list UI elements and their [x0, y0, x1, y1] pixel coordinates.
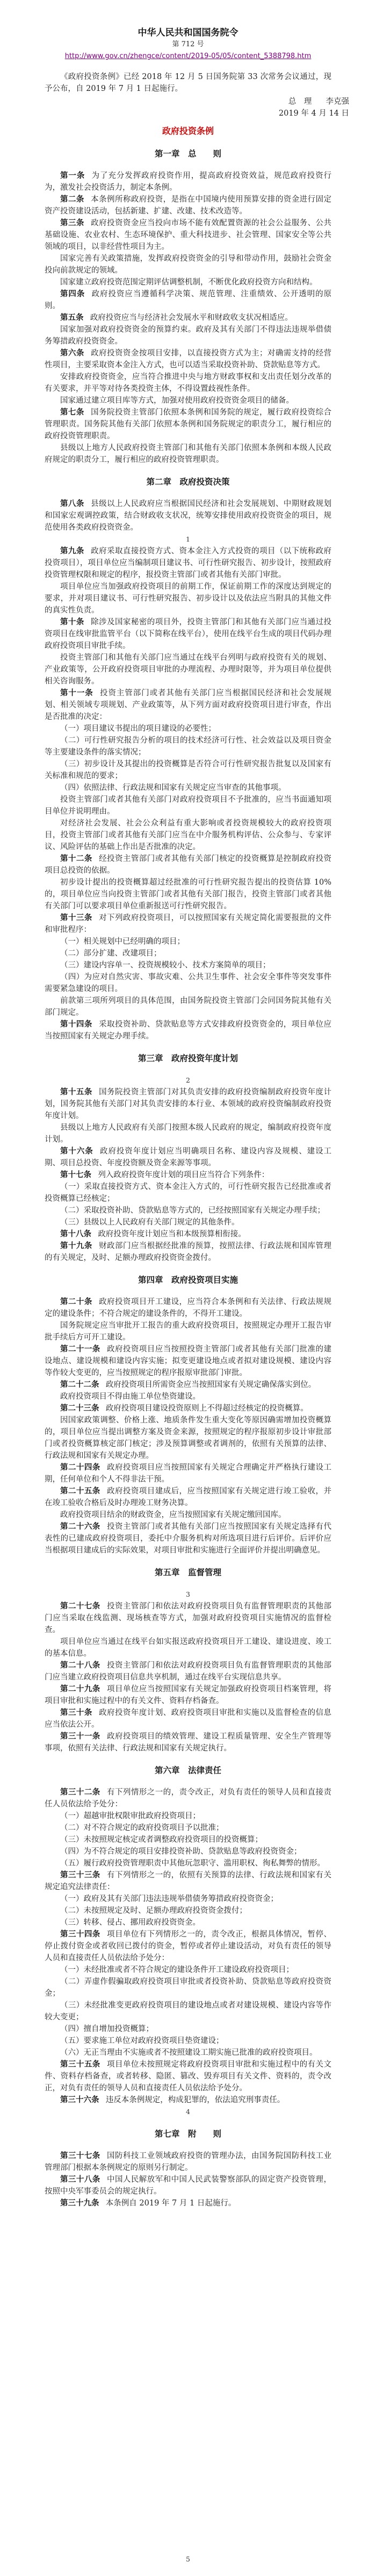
article-paragraph: 第十六条政府投资年度计划应当明确项目名称、建设内容及规模、建设工期、项目总投资、… — [45, 1145, 331, 1169]
article-number: 第三十三条 — [60, 1871, 100, 1880]
body-paragraph: （三）县级以上人民政府有关部门规定的其他条件。 — [45, 1216, 331, 1228]
article-number: 第二十一条 — [60, 1345, 100, 1354]
article-number: 第二十六条 — [60, 1522, 100, 1531]
body-paragraph: 因国家政策调整、价格上涨、地质条件发生重大变化等原因确需增加投资概算的，项目单位… — [45, 1414, 331, 1462]
article-paragraph: 第三十一条政府投资项目的绩效管理、建设工程质量管理、安全生产管理等事项，依照有关… — [45, 1731, 331, 1754]
body-paragraph: （一）项目建议书提出的项目建设的必要性； — [45, 723, 331, 735]
source-link[interactable]: http://www.gov.cn/zhengce/content/2019-0… — [65, 52, 312, 60]
chapter-heading: 第六章 法律责任 — [45, 1764, 331, 1776]
article-number: 第三十一条 — [60, 1732, 100, 1741]
article-paragraph: 第二十四条政府投资项目应当按照国家有关规定合理确定并严格执行建设工期，任何单位和… — [45, 1462, 331, 1485]
article-number: 第三十四条 — [60, 1930, 100, 1939]
article-number: 第二十四条 — [60, 1463, 100, 1472]
article-number: 第十五条 — [60, 1088, 92, 1097]
order-number: 第 712 号 — [45, 40, 331, 49]
article-number: 第三十七条 — [60, 2152, 100, 2160]
article-paragraph: 第二十九条项目单位应当按照国家有关规定加强政府投资项目档案管理，将项目审批和实施… — [45, 1683, 331, 1707]
body-paragraph: 县级以上地方人民政府投资主管部门和其他有关部门依照本条例和本级人民政府规定的职责… — [45, 442, 331, 466]
article-number: 第七条 — [60, 408, 84, 417]
article-paragraph: 第三十三条有下列情形之一的，依照有关预算的法律、行政法规和国家有关规定追究法律责… — [45, 1869, 331, 1893]
article-paragraph: 第六条政府投资资金按项目安排，以直接投资方式为主；对确需支持的经营性项目，主要采… — [45, 347, 331, 371]
body-paragraph: （三）未经批准变更政府投资项目的建设地点或者对建设规模、建设内容等作较大变更； — [45, 1999, 331, 2023]
regulation-body: 第一章 总 则第一条为了充分发挥政府投资作用，提高政府投资效益，规范政府投资行为… — [45, 148, 331, 2565]
article-paragraph: 第十四条采取投资补助、贷款贴息等方式安排政府投资资金的，项目单位应当按照国家有关… — [45, 1019, 331, 1042]
article-number: 第八条 — [60, 500, 84, 508]
body-paragraph: （二）可行性研究报告分析的项目的技术经济可行性、社会效益以及项目资金等主要建设条… — [45, 735, 331, 758]
chapter-heading: 第七章 附 则 — [45, 2128, 331, 2140]
body-paragraph: 国家完善有关政策措施，发挥政府投资资金的引导和带动作用，鼓励社会资金投向前款规定… — [45, 253, 331, 276]
article-number: 第十七条 — [60, 1171, 91, 1179]
article-paragraph: 第十条除涉及国家秘密的项目外，投资主管部门和其他有关部门应当通过投资项目在线审批… — [45, 616, 331, 652]
article-number: 第二十九条 — [60, 1685, 100, 1693]
signature-block: 总 理李克强 2019 年 4 月 14 日 — [45, 96, 349, 119]
page-number: 5 — [45, 2553, 331, 2565]
article-paragraph: 第二十五条政府投资项目建成后，应当按照国家有关规定进行竣工验收，并在竣工验收合格… — [45, 1485, 331, 1509]
body-paragraph: 项目单位应当加强政府投资项目的前期工作，保证前期工作的深度达到规定的要求，并对项… — [45, 581, 331, 616]
body-paragraph: （三）建设内容单一、投资规模较小、技术方案简单的项目； — [45, 959, 331, 971]
article-paragraph: 第四条政府投资应当遵循科学决策、规范管理、注重绩效、公开透明的原则。 — [45, 288, 331, 312]
document-page: 中华人民共和国国务院令 第 712 号 http://www.gov.cn/zh… — [0, 0, 376, 2576]
article-number: 第三十九条 — [60, 2199, 99, 2208]
body-paragraph: （六）无正当理由不实施或者不按照建设工期实施已批准的政府投资项目。 — [45, 2047, 331, 2059]
signer-title: 总 理 — [288, 97, 312, 106]
body-paragraph: （二）对不符合规定的政府投资项目予以批准； — [45, 1822, 331, 1834]
body-paragraph: （五）履行政府投资管理职责中其他玩忽职守、滥用职权、徇私舞弊的情形。 — [45, 1858, 331, 1869]
body-paragraph: （四）擅自增加投资概算； — [45, 2023, 331, 2035]
body-paragraph: （一）采取直接投资方式、资本金注入方式的，可行性研究报告已经批准或者投资概算已经… — [45, 1181, 331, 1205]
article-paragraph: 第三十二条有下列情形之一的，责令改正，对负有责任的领导人员和直接责任人员依法给予… — [45, 1787, 331, 1810]
body-paragraph: （三）转移、侵占、挪用政府投资资金。 — [45, 1917, 331, 1929]
body-paragraph: （一）未经批准或者不符合规定的建设条件开工建设政府投资项目； — [45, 1964, 331, 1976]
article-number: 第一条 — [60, 172, 85, 180]
article-paragraph: 第九条政府采取直接投资方式、资本金注入方式投资的项目（以下统称政府投资项目），项… — [45, 545, 331, 581]
chapter-heading: 第一章 总 则 — [45, 148, 331, 160]
source-link-row: http://www.gov.cn/zhengce/content/2019-0… — [45, 52, 331, 61]
page-number: 1 — [45, 533, 331, 545]
article-paragraph: 第十一条投资主管部门或者其他有关部门应当根据国民经济和社会发展规划、相关领域专项… — [45, 687, 331, 723]
article-number: 第二十八条 — [60, 1661, 100, 1670]
body-paragraph: 初步设计提出的投资概算超过经批准的可行性研究报告提出的投资估算 10%的，项目单… — [45, 877, 331, 912]
article-paragraph: 第三十条政府投资年度计划、政府投资项目审批和实施以及监督检查的信息应当依法公开。 — [45, 1707, 331, 1731]
body-paragraph: （二）采取投资补助、贷款贴息等方式的，已经按照国家有关规定办理手续； — [45, 1205, 331, 1216]
article-paragraph: 第二条本条例所称政府投资，是指在中国境内使用预算安排的资金进行固定资产投资建设活… — [45, 194, 331, 217]
body-paragraph: （三）未按照规定核定或者调整政府投资项目的投资概算； — [45, 1834, 331, 1846]
article-paragraph: 第二十七条投资主管部门和依法对政府投资项目负有监督管理职责的其他部门应当采取在线… — [45, 1600, 331, 1636]
article-paragraph: 第三十八条中国人民解放军和中国人民武装警察部队的固定资产投资管理，按照中央军事委… — [45, 2174, 331, 2197]
article-number: 第二十五条 — [60, 1487, 100, 1496]
article-number: 第三十六条 — [60, 2096, 99, 2104]
body-paragraph: 对经济社会发展、社会公众利益有重大影响或者投资规模较大的政府投资项目，投资主管部… — [45, 817, 331, 853]
body-paragraph: （五）要求施工单位对政府投资项目垫资建设； — [45, 2035, 331, 2047]
body-paragraph: 政府投资项目结余的财政资金，应当按照国家有关规定缴回国库。 — [45, 1509, 331, 1521]
article-number: 第十六条 — [60, 1147, 93, 1156]
article-number: 第六条 — [60, 349, 84, 358]
signer-name: 李克强 — [326, 97, 350, 106]
body-paragraph: （四）为应对自然灾害、事故灾难、公共卫生事件、社会安全事件等突发事件需要紧急建设… — [45, 971, 331, 995]
article-number: 第九条 — [60, 547, 84, 556]
body-paragraph: 政府投资项目不得由施工单位垫资建设。 — [45, 1391, 331, 1403]
article-number: 第十一条 — [60, 689, 93, 698]
article-number: 第二十三条 — [60, 1404, 99, 1413]
body-paragraph: （四）为不符合规定的项目安排投资补助、贷款贴息等政府投资资金； — [45, 1846, 331, 1858]
article-number: 第三十条 — [60, 1709, 92, 1717]
article-number: 第二十七条 — [60, 1602, 100, 1611]
article-paragraph: 第二十八条投资主管部门和依法对政府投资项目负有监督管理职责的其他部门应当建立政府… — [45, 1660, 331, 1683]
chapter-heading: 第五章 监督管理 — [45, 1567, 331, 1578]
body-paragraph: （三）初步设计及其提出的投资概算是否符合可行性研究报告批复以及国家有关标准和规范… — [45, 758, 331, 782]
body-paragraph: 投资主管部门或者其他有关部门对政府投资项目不予批准的，应当书面通知项目单位并说明… — [45, 794, 331, 817]
article-number: 第二十条 — [60, 1298, 92, 1306]
page-number: 2 — [45, 1074, 331, 1086]
article-number: 第十四条 — [60, 1020, 92, 1029]
chapter-heading: 第二章 政府投资决策 — [45, 476, 331, 488]
article-number: 第十三条 — [60, 914, 92, 922]
body-paragraph: 国务院规定应当审批开工报告的重大政府投资项目，按照规定办理开工报告审批手续后方可… — [45, 1320, 331, 1343]
page-number: 4 — [45, 2106, 331, 2118]
chapter-heading: 第三章 政府投资年度计划 — [45, 1052, 331, 1064]
article-paragraph: 第十五条国务院投资主管部门对其负责安排的政府投资编制政府投资年度计划，国务院其他… — [45, 1086, 331, 1122]
article-paragraph: 第一条为了充分发挥政府投资作用，提高政府投资效益，规范政府投资行为，激发社会投资… — [45, 170, 331, 194]
body-paragraph: （一）相关规划中已经明确的项目； — [45, 936, 331, 948]
article-paragraph: 第二十条政府投资项目开工建设，应当符合本条例和有关法律、行政法规规定的建设条件；… — [45, 1296, 331, 1320]
article-number: 第三条 — [60, 219, 84, 227]
body-paragraph: 国家加强对政府投资资金的预算约束。政府及其有关部门不得违法违规举借债务筹措政府投… — [45, 324, 331, 347]
article-paragraph: 第十九条财政部门应当根据经批准的预算，按照法律、行政法规和国库管理的有关规定，及… — [45, 1240, 331, 1264]
article-number: 第二条 — [60, 195, 84, 204]
body-paragraph: 国家通过建立项目库等方式，加强对使用政府投资资金项目的储备。 — [45, 395, 331, 407]
article-number: 第十九条 — [60, 1242, 92, 1250]
body-paragraph: （一）政府及其有关部门违法违规举借债务筹措政府投资资金； — [45, 1893, 331, 1905]
article-paragraph: 第十八条政府投资年度计划应当和本级预算相衔接。 — [45, 1228, 331, 1240]
signer-line: 总 理李克强 — [45, 96, 349, 108]
article-paragraph: 第十二条经投资主管部门或者其他有关部门核定的投资概算是控制政府投资项目总投资的依… — [45, 853, 331, 877]
article-number: 第十八条 — [60, 1230, 91, 1239]
page-number: 3 — [45, 1589, 331, 1600]
regulation-title: 政府投资条例 — [45, 125, 331, 138]
body-paragraph: （二）未按照规定及时、足额办理政府投资资金拨付； — [45, 1905, 331, 1917]
article-number: 第三十五条 — [60, 2060, 100, 2069]
article-paragraph: 第五条政府投资应当与经济社会发展水平和财政收支状况相适应。 — [45, 312, 331, 324]
article-paragraph: 第十三条对下列政府投资项目，可以按照国家有关规定简化需要报批的文件和审批程序： — [45, 912, 331, 936]
body-paragraph: （二）部分扩建、改建项目； — [45, 948, 331, 959]
chapter-heading: 第四章 政府投资项目实施 — [45, 1274, 331, 1286]
article-paragraph: 第三十五条项目单位未按照规定将政府投资项目审批和实施过程中的有关文件、资料存档备… — [45, 2059, 331, 2094]
body-paragraph: 国家建立政府投资范围定期评估调整机制，不断优化政府投资方向和结构。 — [45, 276, 331, 288]
body-paragraph: 投资主管部门和其他有关部门应当通过在线平台列明与政府投资有关的规划、产业政策等，… — [45, 652, 331, 687]
article-number: 第三十八条 — [60, 2175, 100, 2184]
body-paragraph: 县级以上地方人民政府有关部门按照本级人民政府的规定，编制政府投资年度计划。 — [45, 1122, 331, 1145]
article-number: 第五条 — [60, 314, 84, 322]
article-paragraph: 第二十六条投资主管部门或者其他有关部门应当按照国家有关规定选择有代表性的已建成政… — [45, 1521, 331, 1556]
article-paragraph: 第二十二条政府投资项目所需资金应当按照国家有关规定确保落实到位。 — [45, 1379, 331, 1391]
article-paragraph: 第三十四条项目单位有下列情形之一的，责令改正，根据具体情况，暂停、停止拨付资金或… — [45, 1929, 331, 1964]
article-number: 第二十二条 — [60, 1380, 99, 1389]
article-number: 第十二条 — [60, 855, 92, 863]
article-number: 第四条 — [60, 290, 85, 298]
article-number: 第十条 — [60, 618, 84, 627]
body-paragraph: 项目单位应当通过在线平台如实报送政府投资项目开工建设、建设进度、竣工的基本信息。 — [45, 1636, 331, 1660]
article-paragraph: 第三条政府投资资金应当投向市场不能有效配置资源的社会公益服务、公共基础设施、农业… — [45, 217, 331, 253]
article-paragraph: 第三十七条国防科技工业领域政府投资的管理办法，由国务院国防科技工业管理部门根据本… — [45, 2150, 331, 2174]
body-paragraph: （一）超越审批权限审批政府投资项目； — [45, 1810, 331, 1822]
order-title: 中华人民共和国国务院令 — [45, 27, 331, 39]
body-paragraph: （四）依照法律、行政法规和国家有关规定应当审查的其他事项。 — [45, 782, 331, 794]
article-paragraph: 第三十九条本条例自 2019 年 7 月 1 日起施行。 — [45, 2197, 331, 2209]
sign-date: 2019 年 4 月 14 日 — [45, 108, 349, 119]
announcement-paragraph: 《政府投资条例》已经 2018 年 12 月 5 日国务院第 33 次常务会议通… — [45, 71, 331, 95]
article-paragraph: 第二十一条政府投资项目应当按照投资主管部门或者其他有关部门批准的建设地点、建设规… — [45, 1343, 331, 1379]
body-paragraph: （二）弄虚作假骗取政府投资项目审批或者投资补助、贷款贴息等政府投资资金； — [45, 1976, 331, 1999]
article-paragraph: 第八条县级以上人民政府应当根据国民经济和社会发展规划、中期财政规划和国家宏观调控… — [45, 498, 331, 533]
article-paragraph: 第二十三条政府投资项目建设投资原则上不得超过经核定的投资概算。 — [45, 1403, 331, 1414]
article-paragraph: 第七条国务院投资主管部门依照本条例和国务院的规定，履行政府投资综合管理职责。国务… — [45, 407, 331, 442]
body-paragraph: 安排政府投资资金，应当符合推进中央与地方财政事权和支出责任划分改革的有关要求，并… — [45, 371, 331, 395]
body-paragraph: 前款第三项所列项目的具体范围，由国务院投资主管部门会同国务院其他有关部门规定。 — [45, 995, 331, 1019]
article-paragraph: 第三十六条违反本条例规定，构成犯罪的，依法追究刑事责任。 — [45, 2094, 331, 2106]
article-paragraph: 第十七条列入政府投资年度计划的项目应当符合下列条件： — [45, 1169, 331, 1181]
article-number: 第三十二条 — [60, 1788, 100, 1797]
